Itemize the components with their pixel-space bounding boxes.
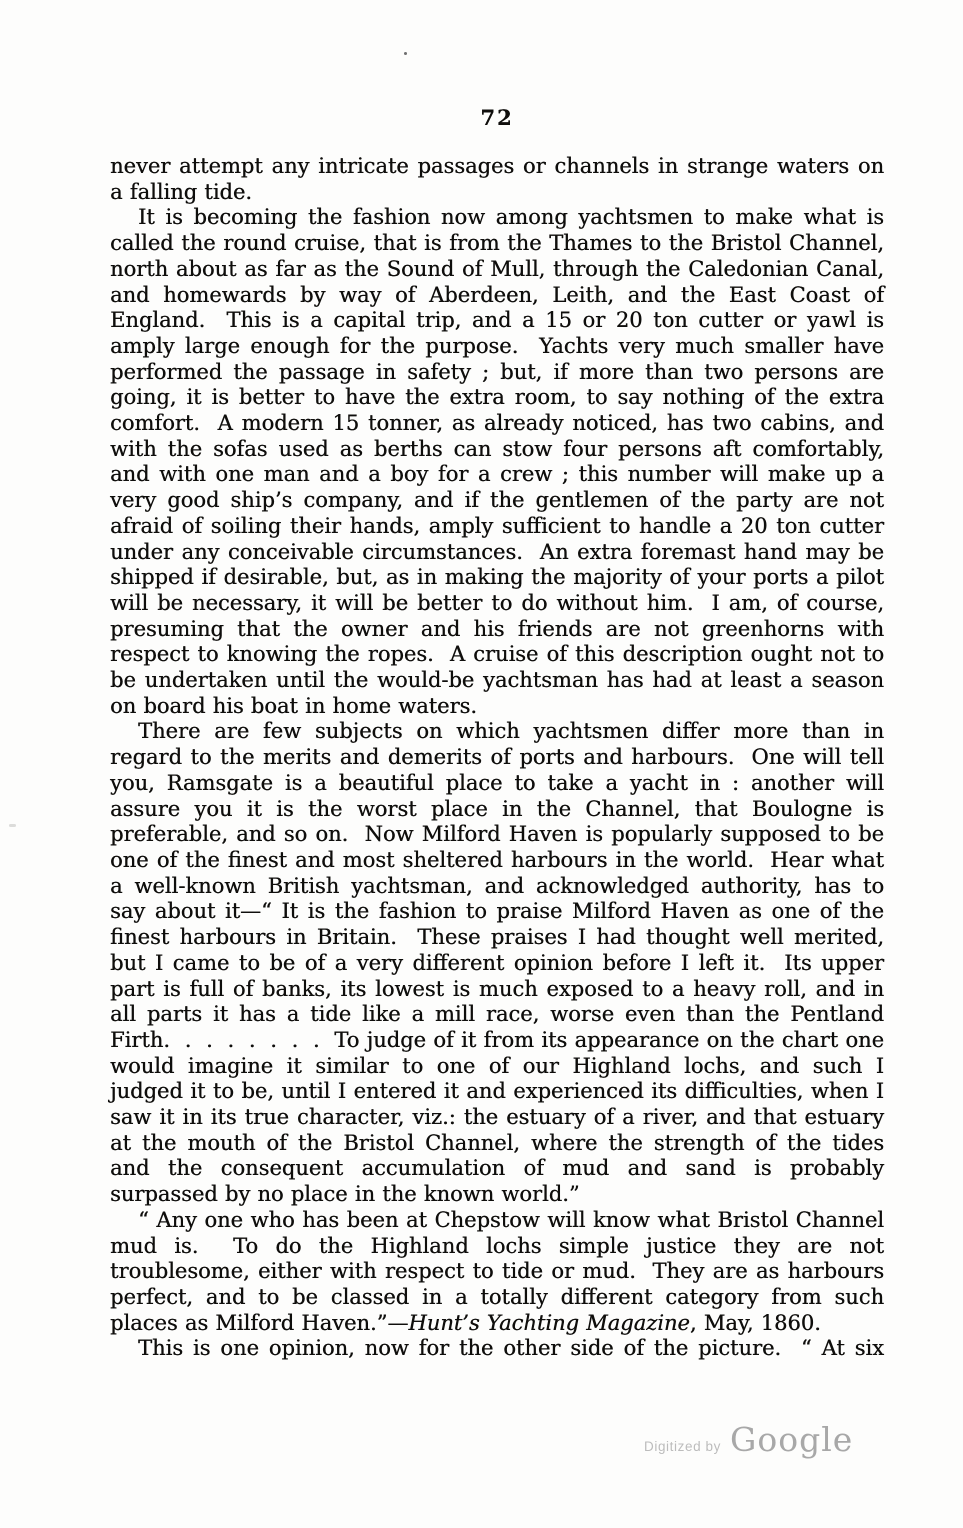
scanned-book-page: 72 never attempt any intricate passages … <box>0 0 963 1528</box>
paragraph-text: never attempt any intricate passages or … <box>110 154 884 204</box>
paragraph: never attempt any intricate passages or … <box>110 154 884 205</box>
page-text: never attempt any intricate passages or … <box>110 154 884 1362</box>
citation-title: Hunt’s Yachting Magazine <box>408 1311 690 1335</box>
watermark: Digitized by Google <box>644 1420 853 1459</box>
paragraph-text: , May, 1860. <box>690 1311 821 1335</box>
paragraph: This is one opinion, now for the other s… <box>110 1336 884 1362</box>
paragraph: There are few subjects on which yachtsme… <box>110 719 884 1207</box>
scan-speck <box>404 52 407 55</box>
paragraph: It is becoming the fashion now among yac… <box>110 205 884 719</box>
page-number: 72 <box>110 105 884 130</box>
scan-speck <box>9 824 16 827</box>
paragraph-text: This is one opinion, now for the other s… <box>138 1336 884 1360</box>
paragraph-text: There are few subjects on which yachtsme… <box>110 719 884 1206</box>
paragraph-text: It is becoming the fashion now among yac… <box>110 205 884 717</box>
google-logo: Google <box>730 1420 853 1459</box>
digitized-by-label: Digitized by <box>644 1439 721 1454</box>
paragraph: “ Any one who has been at Chepstow will … <box>110 1208 884 1337</box>
